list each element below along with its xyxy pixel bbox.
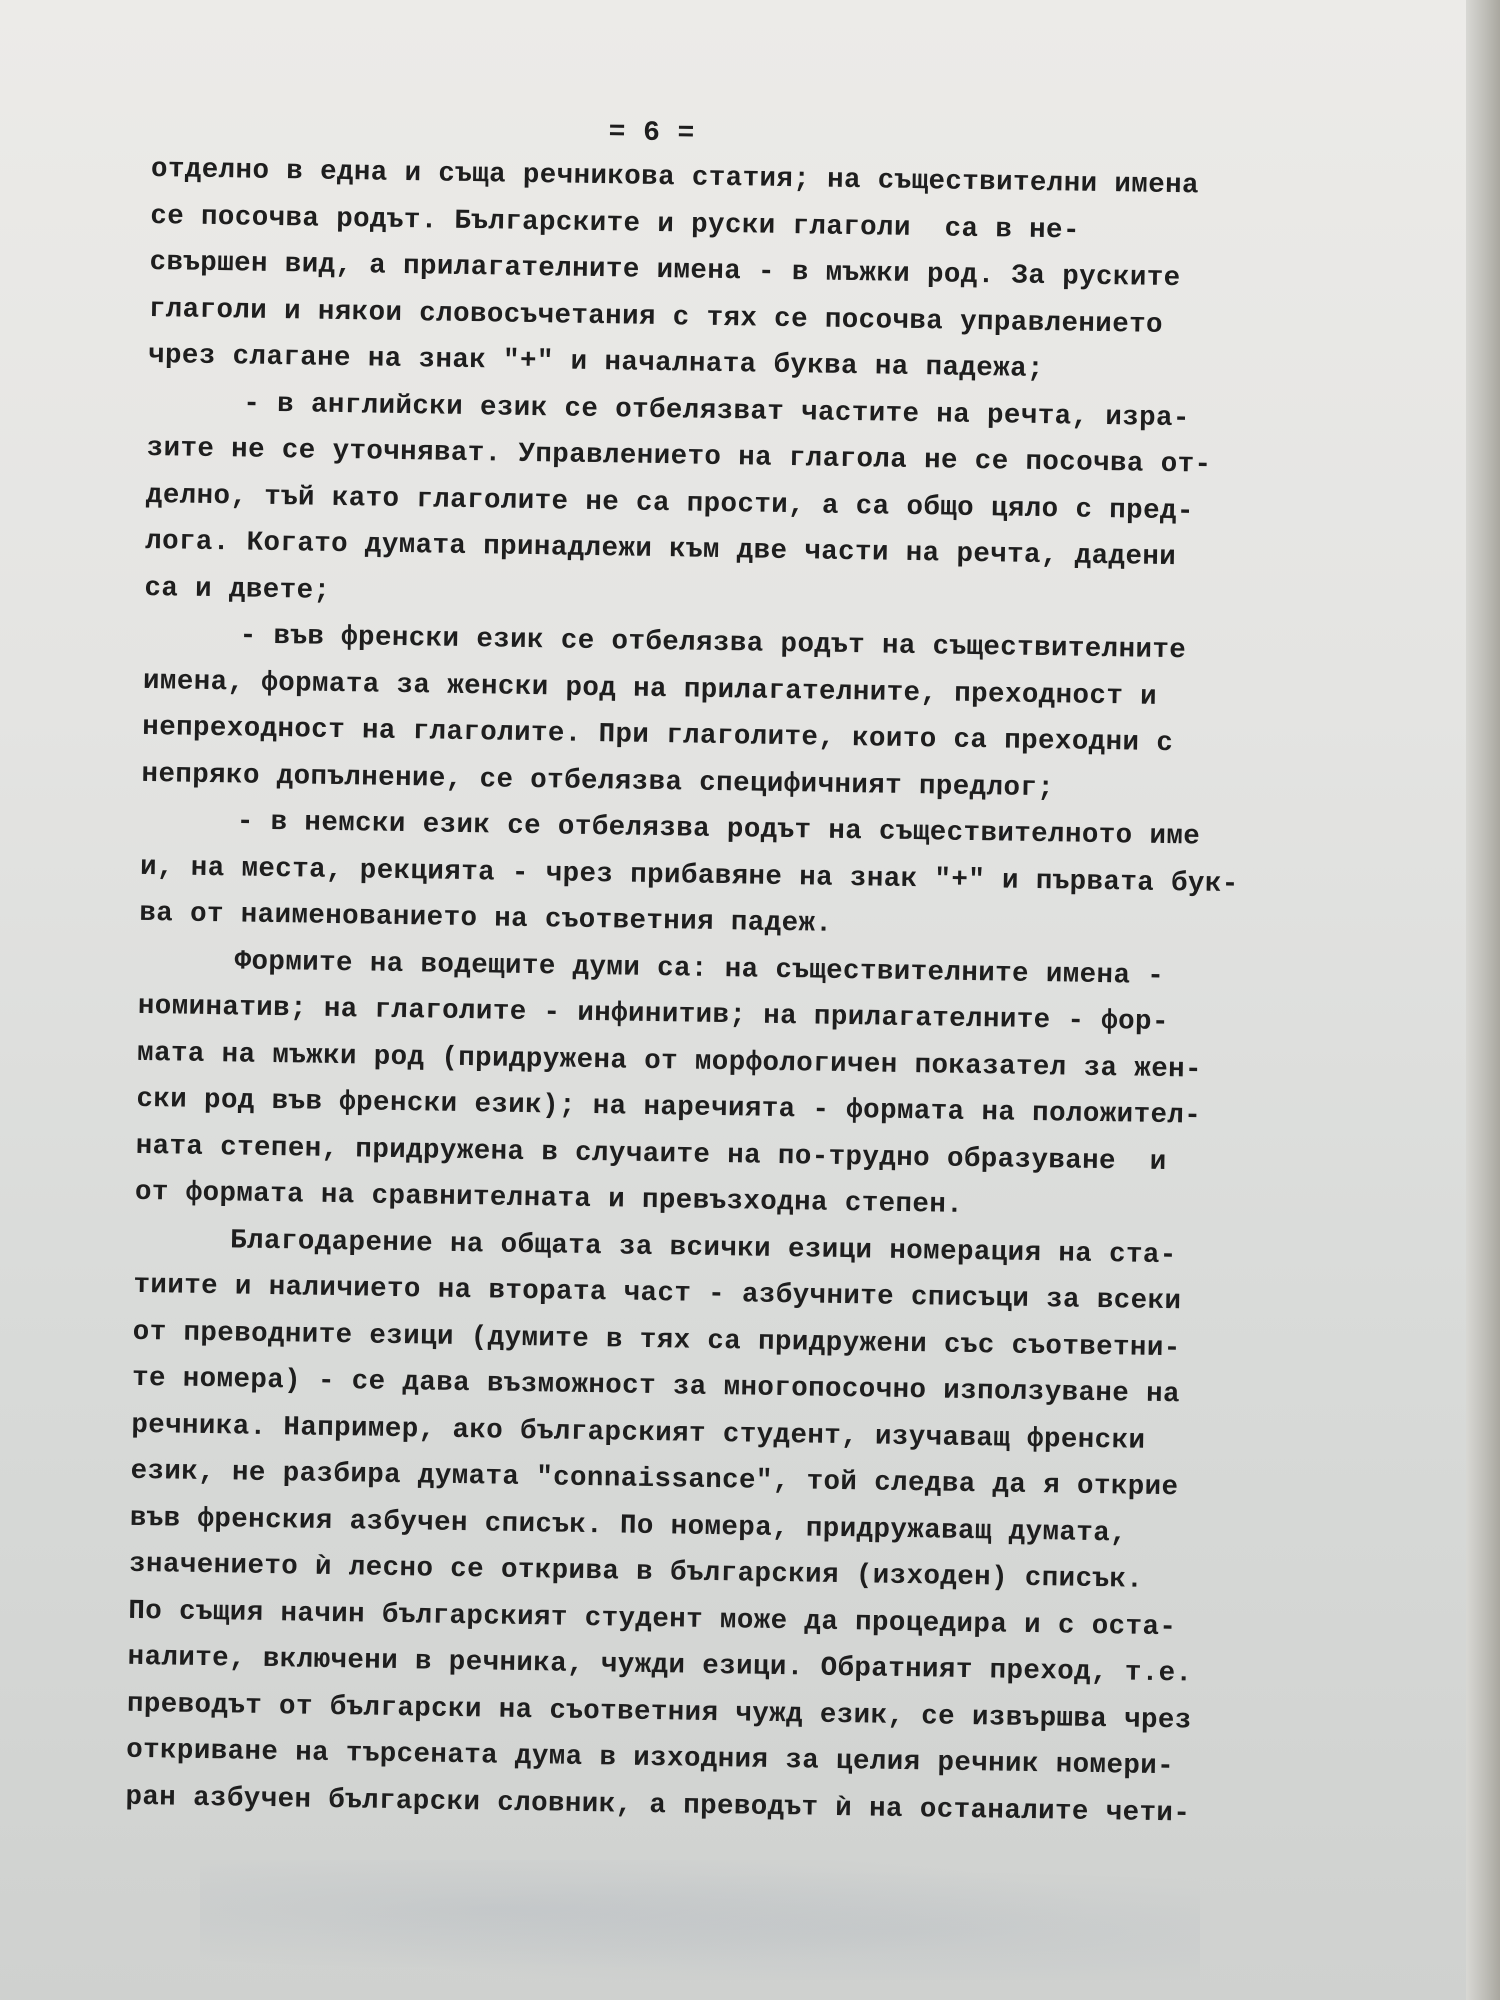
page-edge-shadow xyxy=(1466,0,1500,2000)
body-text: отделно в една и съща речникова статия; … xyxy=(125,147,1341,1839)
typewritten-page: = 6 = отделно в една и съща речникова ст… xyxy=(125,108,1342,1839)
bleed-through-shadow xyxy=(200,1860,1200,1980)
